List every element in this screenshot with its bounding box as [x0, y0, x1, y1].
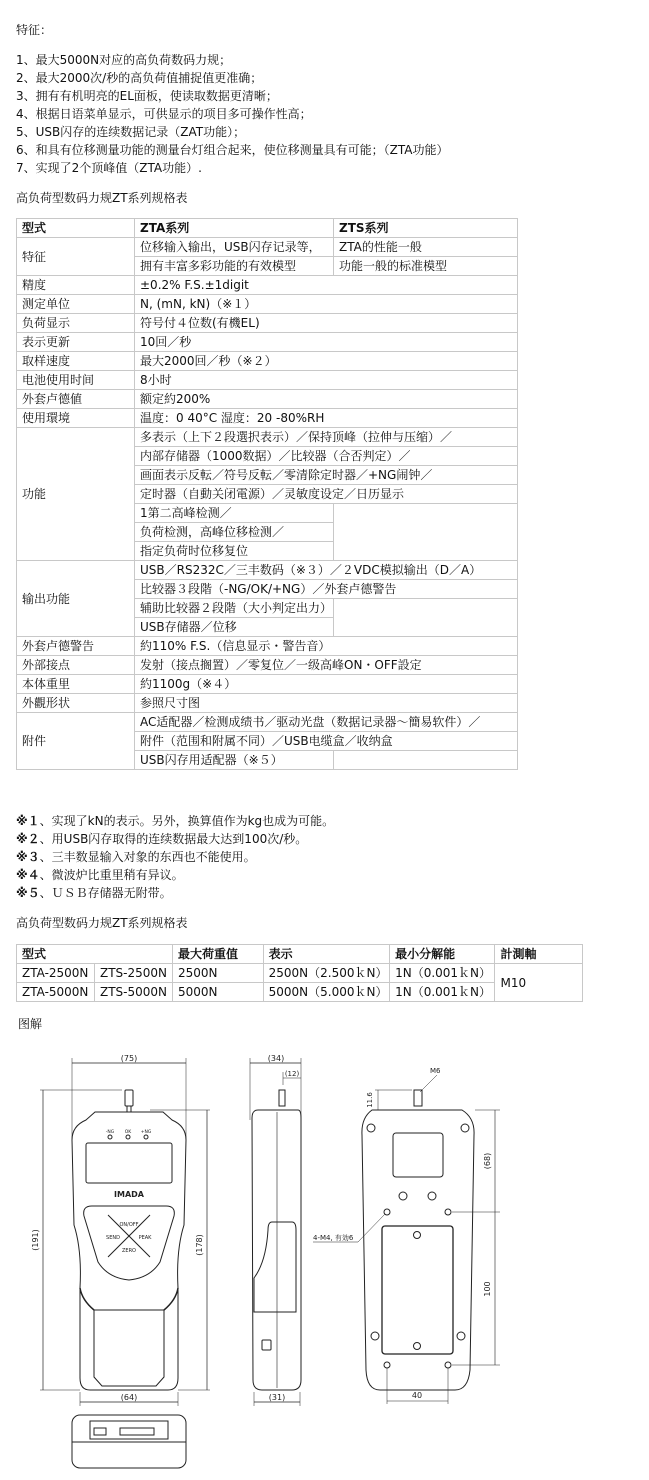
- table-cell: USB／RS232C／三丰数码（※３）／２VDC模拟输出（D／A）: [135, 561, 518, 580]
- table-cell: 約110% F.S.（信息显示・警告音）: [135, 637, 518, 656]
- empty-cell: [334, 599, 518, 637]
- table-cell: 5000N: [172, 983, 263, 1002]
- note-text: 、用USB闪存取得的连续数据最大达到100次/秒。: [40, 832, 308, 846]
- features-title: 特征：: [16, 21, 52, 39]
- spec-table: 型式 ZTA系列 ZTS系列 特征 位移输入输出，USB闪存记录等， ZTA的性…: [16, 218, 518, 770]
- table-row: 输出功能 USB／RS232C／三丰数码（※３）／２VDC模拟输出（D／A）: [17, 561, 518, 580]
- note-text: 、微波炉比重里稍有异议。: [40, 868, 184, 882]
- row-label: 取样速度: [17, 352, 135, 371]
- table-row: 外套卢德警告約110% F.S.（信息显示・警告音）: [17, 637, 518, 656]
- table-row: 功能 多表示（上下２段選択表示）／保持顶峰（拉伸与压缩）／: [17, 428, 518, 447]
- table-cell: USB存储器／位移: [135, 618, 334, 637]
- table-cell: 发射（接点搁置）／零复位／一级高峰ON・OFF設定: [135, 656, 518, 675]
- table-cell: 比较器３段階（-NG/OK/+NG）／外套卢德警告: [135, 580, 518, 599]
- feature-item: 6、和具有位移测量功能的测量台灯组合起来，使位移测量具有可能；（ZTA功能）: [16, 141, 448, 159]
- side-view: (34) (12) (31): [250, 1054, 301, 1406]
- led-label: +NG: [141, 1129, 152, 1135]
- dim-front-width-bottom: (64): [121, 1393, 137, 1402]
- table-row: 附件 AC适配器／检测成绩书／驱动光盘（数据记录器〜簡易软件）／: [17, 713, 518, 732]
- label-thread: M6: [430, 1067, 441, 1075]
- row-label: 特征: [17, 238, 135, 276]
- table-row: 测定单位N, (mN, kN)（※１）: [17, 295, 518, 314]
- dim-back-upper: (68): [483, 1153, 492, 1169]
- table-cell: 10回／秒: [135, 333, 518, 352]
- feature-item: 7、实现了2个顶峰值（ZTA功能）.: [16, 159, 202, 177]
- footnote: ※５、ＵＳＢ存储器无附带。: [16, 884, 172, 902]
- table-cell: 多表示（上下２段選択表示）／保持顶峰（拉伸与压缩）／: [135, 428, 518, 447]
- header-cell: ZTS系列: [334, 219, 518, 238]
- row-label: 负荷显示: [17, 314, 135, 333]
- note-mark: ※２: [16, 832, 40, 846]
- feature-item: 1、最大5000N对应的高负荷数码力规；: [16, 51, 231, 69]
- table-cell: AC适配器／检测成绩书／驱动光盘（数据记录器〜簡易软件）／: [135, 713, 518, 732]
- table-row: 外部接点发射（接点搁置）／零复位／一级高峰ON・OFF設定: [17, 656, 518, 675]
- model-table-title: 高负荷型数码力规ZT系列规格表: [16, 914, 188, 932]
- footnote: ※２、用USB闪存取得的连续数据最大达到100次/秒。: [16, 830, 307, 848]
- header-cell: 型式: [17, 945, 173, 964]
- table-row: ZTA-2500N ZTS-2500N 2500N 2500N（2.500ｋN）…: [17, 964, 583, 983]
- table-cell: 1第二高峰检测／: [135, 504, 334, 523]
- table-row: 取样速度最大2000回／秒（※２）: [17, 352, 518, 371]
- table-cell: 功能一般的标准模型: [334, 257, 518, 276]
- empty-cell: [334, 751, 518, 770]
- front-view: (75) (191) (178) -NG OK +NG IMADA ON/OFF…: [31, 1054, 210, 1468]
- table-cell: 辅助比较器２段階（大小判定出力）: [135, 599, 334, 618]
- row-label: 外套卢德警告: [17, 637, 135, 656]
- key-send: SEND: [106, 1235, 120, 1241]
- footnote: ※１、实现了kN的表示。另外，换算值作为kg也成为可能。: [16, 812, 334, 830]
- dim-hole-pitch-horizontal: 40: [412, 1391, 422, 1400]
- feature-item: 5、USB闪存的连续数据记录（ZAT功能）；: [16, 123, 245, 141]
- table-row: 特征 位移输入输出，USB闪存记录等， ZTA的性能一般: [17, 238, 518, 257]
- table-cell: 位移输入输出，USB闪存记录等，: [135, 238, 334, 257]
- table-row: 电池使用时间8小时: [17, 371, 518, 390]
- table-cell: ZTS-2500N: [94, 964, 172, 983]
- table-cell: 画面表示反転／符号反転／零清除定时器／+NG闹钟／: [135, 466, 518, 485]
- row-label: 外套卢德値: [17, 390, 135, 409]
- led-label: -NG: [106, 1129, 115, 1135]
- header-cell: 計測軸: [495, 945, 583, 964]
- row-label: 输出功能: [17, 561, 135, 637]
- key-zero: ZERO: [122, 1248, 136, 1254]
- table-row: 外觀形状参照尺寸图: [17, 694, 518, 713]
- table-row: 外套卢德値额定約200%: [17, 390, 518, 409]
- row-label: 功能: [17, 428, 135, 561]
- dim-side-width-bottom: (31): [269, 1393, 285, 1402]
- row-label: 电池使用时间: [17, 371, 135, 390]
- table-cell: ZTA-5000N: [17, 983, 95, 1002]
- header-cell: ZTA系列: [135, 219, 334, 238]
- dim-front-width-top: (75): [121, 1054, 137, 1063]
- table-row: 表示更新10回／秒: [17, 333, 518, 352]
- feature-item: 4、根据日语菜单显示，可供显示的项目多可操作性高；: [16, 105, 312, 123]
- table-cell: 5000N（5.000ｋN）: [263, 983, 389, 1002]
- table-cell: 符号付４位数(有機EL): [135, 314, 518, 333]
- note-mark: ※４: [16, 868, 40, 882]
- row-label: 附件: [17, 713, 135, 770]
- table-row: 使用環境温度：0 40°C 湿度：20 -80%RH: [17, 409, 518, 428]
- label-mount-holes: 4-M4, 有効6: [313, 1233, 354, 1242]
- feature-item: 3、拥有有机明亮的EL面板，使读取数据更清晰；: [16, 87, 278, 105]
- dim-side-shaft: (12): [285, 1070, 300, 1078]
- back-view: M6 11.6 4-M4, 有効6 (68) 100 40: [313, 1067, 500, 1404]
- key-peak: PEAK: [139, 1235, 153, 1241]
- led-label: OK: [125, 1129, 133, 1135]
- dimension-drawing: (75) (191) (178) -NG OK +NG IMADA ON/OFF…: [0, 1040, 649, 1480]
- table-row: 精度±0.2% F.S.±1digit: [17, 276, 518, 295]
- header-cell: 表示: [263, 945, 389, 964]
- note-mark: ※５: [16, 886, 40, 900]
- header-cell: 最小分解能: [390, 945, 495, 964]
- note-mark: ※３: [16, 850, 40, 864]
- table-cell: 温度：0 40°C 湿度：20 -80%RH: [135, 409, 518, 428]
- note-text: 、实现了kN的表示。另外，换算值作为kg也成为可能。: [40, 814, 335, 828]
- header-cell: 最大荷重值: [172, 945, 263, 964]
- row-label: 外部接点: [17, 656, 135, 675]
- table-cell: 最大2000回／秒（※２）: [135, 352, 518, 371]
- table-cell: 1N（0.001ｋN）: [390, 964, 495, 983]
- table-cell: 2500N: [172, 964, 263, 983]
- dim-front-height-body: (178): [195, 1234, 204, 1256]
- table-cell: 指定负荷时位移复位: [135, 542, 334, 561]
- table-cell: M10: [495, 964, 583, 1002]
- table-cell: 负荷检测，高峰位移检测／: [135, 523, 334, 542]
- table-cell: USB闪存用适配器（※５）: [135, 751, 334, 770]
- row-label: 本体重里: [17, 675, 135, 694]
- table-cell: ZTA的性能一般: [334, 238, 518, 257]
- note-text: 、三丰数显输入对象的东西也不能使用。: [40, 850, 256, 864]
- table-header-row: 型式 ZTA系列 ZTS系列: [17, 219, 518, 238]
- row-label: 外觀形状: [17, 694, 135, 713]
- table-cell: 定时器（自動关闭電源）／灵敏度设定／日历显示: [135, 485, 518, 504]
- table-cell: 内部存储器（1000数据）／比较器（合否判定）／: [135, 447, 518, 466]
- table-header-row: 型式 最大荷重值 表示 最小分解能 計測軸: [17, 945, 583, 964]
- table-cell: ZTA-2500N: [17, 964, 95, 983]
- key-on-off: ON/OFF: [119, 1222, 138, 1228]
- table-cell: 2500N（2.500ｋN）: [263, 964, 389, 983]
- footnote: ※４、微波炉比重里稍有异议。: [16, 866, 184, 884]
- table-cell: N, (mN, kN)（※１）: [135, 295, 518, 314]
- row-label: 测定单位: [17, 295, 135, 314]
- table-cell: ±0.2% F.S.±1digit: [135, 276, 518, 295]
- spec-table-title: 高负荷型数码力规ZT系列规格表: [16, 189, 188, 207]
- note-text: 、ＵＳＢ存储器无附带。: [40, 886, 172, 900]
- row-label: 表示更新: [17, 333, 135, 352]
- row-label: 使用環境: [17, 409, 135, 428]
- dim-side-width-top: (34): [268, 1054, 284, 1063]
- footnote: ※３、三丰数显输入对象的东西也不能使用。: [16, 848, 256, 866]
- table-cell: 8小时: [135, 371, 518, 390]
- dim-hole-pitch-vertical: 100: [483, 1281, 492, 1296]
- header-cell: 型式: [17, 219, 135, 238]
- table-row: 本体重里約1100g（※４）: [17, 675, 518, 694]
- note-mark: ※１: [16, 814, 40, 828]
- dim-front-height-total: (191): [31, 1229, 40, 1251]
- row-label: 精度: [17, 276, 135, 295]
- diagram-title: 图解: [18, 1015, 42, 1033]
- table-cell: ZTS-5000N: [94, 983, 172, 1002]
- model-table: 型式 最大荷重值 表示 最小分解能 計測軸 ZTA-2500N ZTS-2500…: [16, 944, 583, 1002]
- table-cell: 1N（0.001ｋN）: [390, 983, 495, 1002]
- empty-cell: [334, 504, 518, 561]
- dim-shaft-length: 11.6: [366, 1092, 374, 1108]
- brand-logo: IMADA: [114, 1190, 145, 1199]
- table-row: 负荷显示符号付４位数(有機EL): [17, 314, 518, 333]
- feature-item: 2、最大2000次/秒的高负荷值捕捉值更准确；: [16, 69, 262, 87]
- table-cell: 参照尺寸图: [135, 694, 518, 713]
- table-cell: 拥有丰富多彩功能的有效模型: [135, 257, 334, 276]
- table-cell: 附件（范围和附属不同）／USB电缆盒／收纳盒: [135, 732, 518, 751]
- table-cell: 約1100g（※４）: [135, 675, 518, 694]
- table-cell: 额定約200%: [135, 390, 518, 409]
